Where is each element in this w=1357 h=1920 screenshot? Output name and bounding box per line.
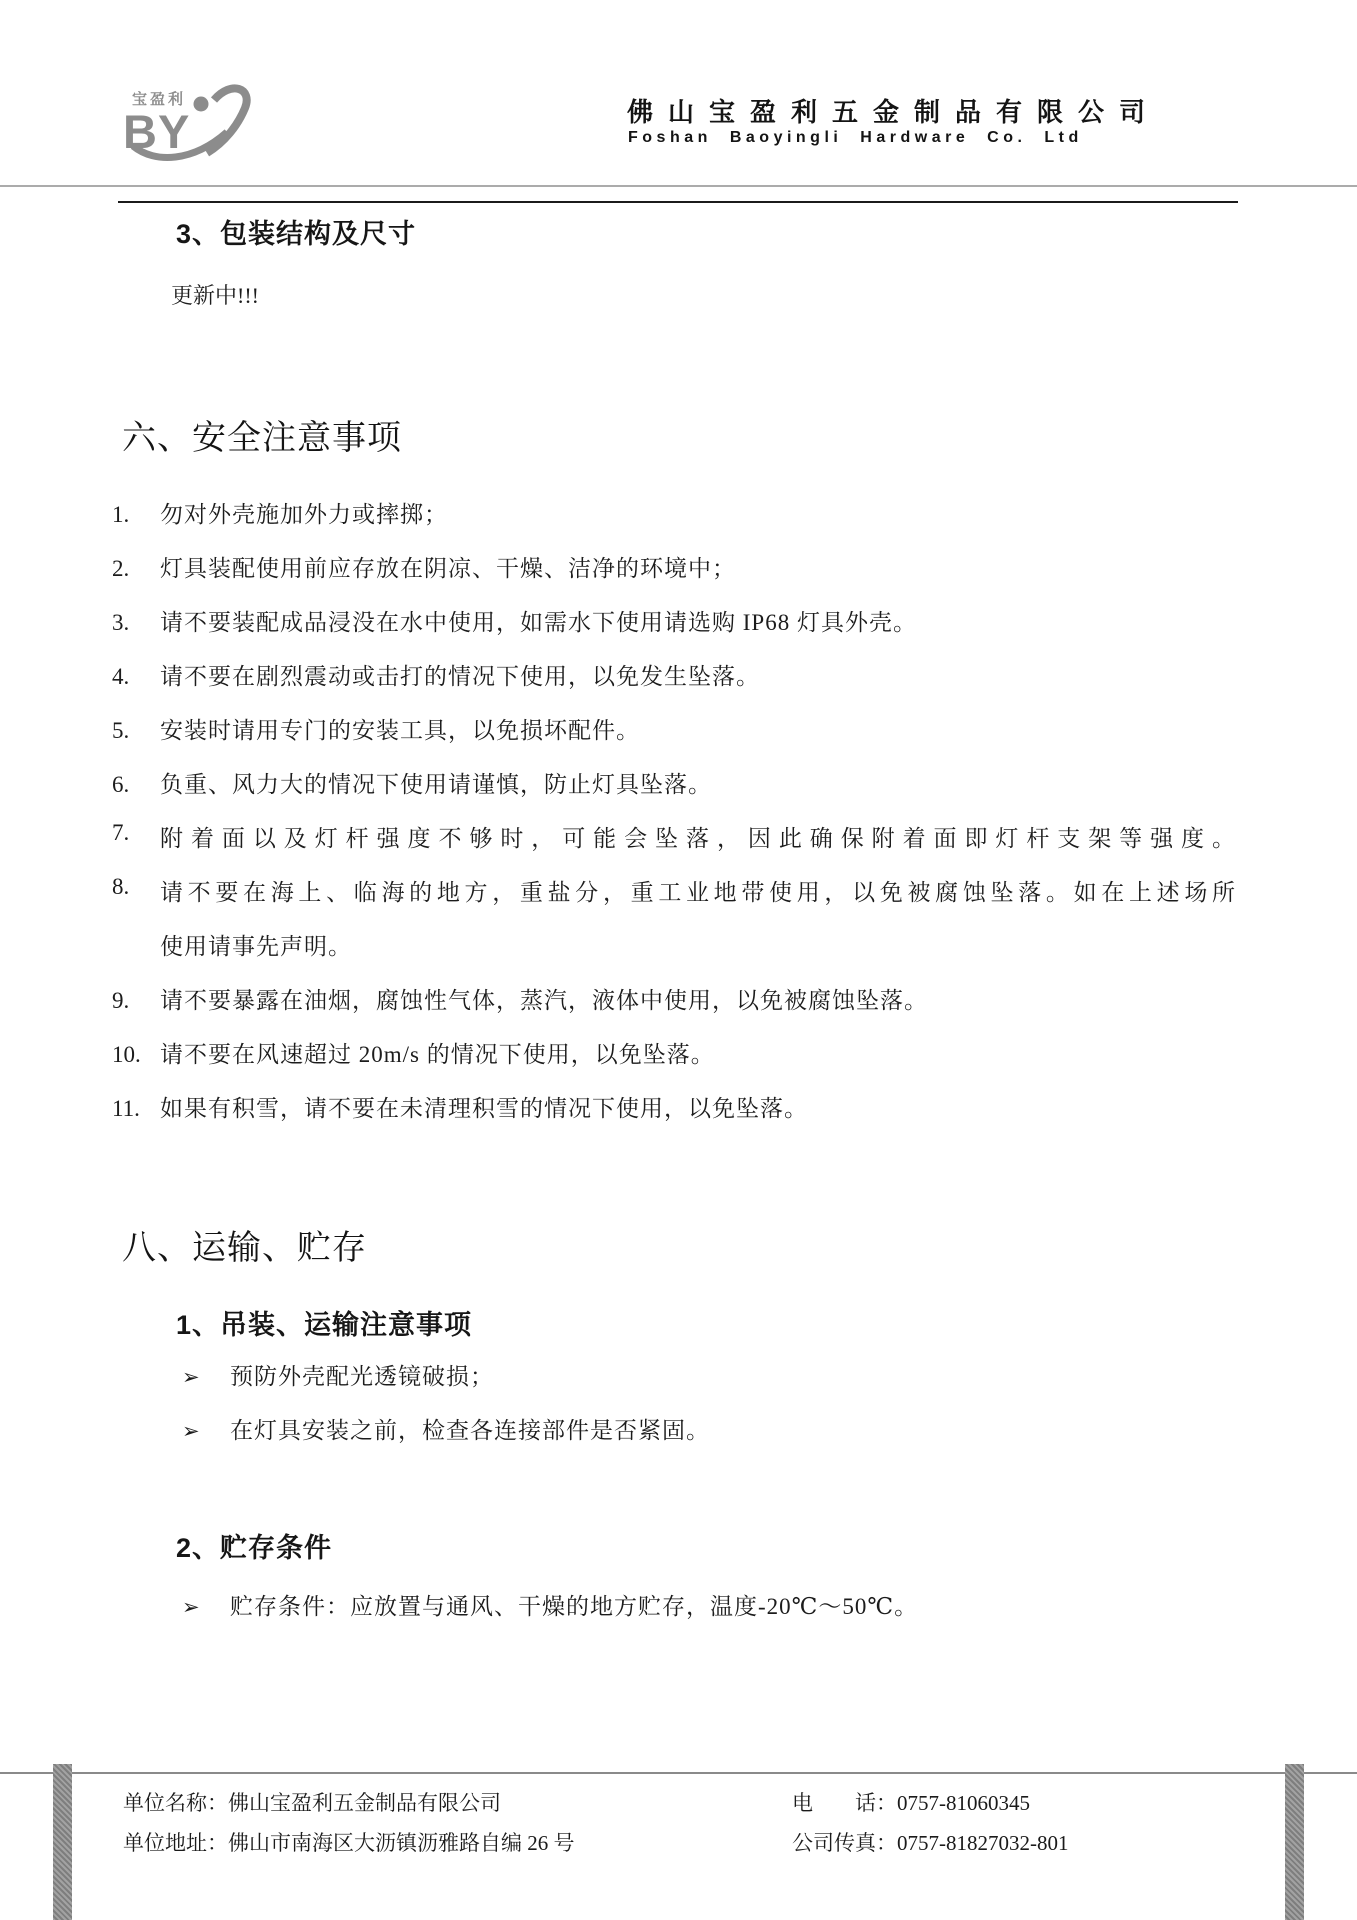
list-item: 4.请不要在剧烈震动或击打的情况下使用，以免发生坠落。	[112, 658, 1238, 691]
list-item-text: 负重、风力大的情况下使用请谨慎，防止灯具坠落。	[160, 772, 712, 797]
list-item-number: 2.	[112, 556, 160, 582]
bullet-item: ➢在灯具安装之前，检查各连接部件是否紧固。	[182, 1412, 1238, 1445]
list-item-number: 11.	[112, 1096, 160, 1122]
footer-name-label: 单位名称：	[123, 1791, 228, 1815]
list-item-number: 3.	[112, 610, 160, 636]
list-item-text: 请不要在剧烈震动或击打的情况下使用，以免发生坠落。	[160, 664, 760, 689]
list-item: 11.如果有积雪，请不要在未清理积雪的情况下使用，以免坠落。	[112, 1090, 1238, 1123]
footer-address: 单位地址：佛山市南海区大沥镇沥雅路自编 26 号	[123, 1827, 575, 1857]
list-item-number: 10.	[112, 1042, 160, 1068]
list-item-number: 9.	[112, 988, 160, 1014]
list-item-text: 灯具装配使用前应存放在阴凉、干燥、洁净的环境中；	[160, 556, 736, 581]
arrow-bullet-icon: ➢	[182, 1419, 230, 1444]
safety-heading: 六、安全注意事项	[122, 410, 402, 459]
footer-fax: 公司传真：0757-81827032-801	[792, 1827, 1069, 1857]
list-item-number: 5.	[112, 718, 160, 744]
packaging-heading: 3、包装结构及尺寸	[176, 212, 416, 251]
company-name-cn: 佛山宝盈利五金制品有限公司	[627, 92, 1160, 129]
footer-fax-label: 公司传真：	[792, 1831, 897, 1855]
list-item: 10.请不要在风速超过 20m/s 的情况下使用，以免坠落。	[112, 1036, 1238, 1069]
lifting-subheading: 1、吊装、运输注意事项	[176, 1303, 472, 1342]
arrow-bullet-icon: ➢	[182, 1365, 230, 1390]
list-item-number: 8.	[112, 874, 160, 900]
list-item-text: 请不要在风速超过 20m/s 的情况下使用，以免坠落。	[160, 1042, 715, 1067]
footer-phone-value: 0757-81060345	[897, 1791, 1030, 1815]
list-item-continuation: 使用请事先声明。	[112, 928, 1238, 961]
footer-address-value: 佛山市南海区大沥镇沥雅路自编 26 号	[228, 1831, 575, 1855]
footer-address-label: 单位地址：	[123, 1831, 228, 1855]
list-item-text: 如果有积雪，请不要在未清理积雪的情况下使用，以免坠落。	[160, 1096, 808, 1121]
list-item-text: 附着面以及灯杆强度不够时，可能会坠落，因此确保附着面即灯杆支架等强度。	[160, 820, 1236, 853]
footer-name-value: 佛山宝盈利五金制品有限公司	[228, 1791, 501, 1815]
header-rule-light	[0, 185, 1357, 187]
header-rule-dark	[118, 201, 1238, 203]
bullet-item: ➢预防外壳配光透镜破损；	[182, 1358, 1238, 1391]
bullet-text: 在灯具安装之前，检查各连接部件是否紧固。	[230, 1418, 710, 1443]
footer-edge-bar-left	[53, 1764, 72, 1920]
logo-swoosh-icon	[95, 58, 265, 163]
footer-company-name: 单位名称：佛山宝盈利五金制品有限公司	[123, 1787, 501, 1817]
updating-note: 更新中!!!	[171, 279, 259, 310]
list-item: 7.附着面以及灯杆强度不够时，可能会坠落，因此确保附着面即灯杆支架等强度。	[112, 820, 1238, 853]
list-item-text: 安装时请用专门的安装工具，以免损坏配件。	[160, 718, 640, 743]
footer-fax-value: 0757-81827032-801	[897, 1831, 1069, 1855]
footer-edge-bar-right	[1285, 1764, 1304, 1920]
list-item-number: 7.	[112, 820, 160, 846]
storage-subheading: 2、贮存条件	[176, 1526, 332, 1565]
list-item: 6.负重、风力大的情况下使用请谨慎，防止灯具坠落。	[112, 766, 1238, 799]
list-item-text: 使用请事先声明。	[160, 934, 352, 959]
list-item-text: 勿对外壳施加外力或摔掷；	[160, 502, 448, 527]
bullet-item: ➢贮存条件：应放置与通风、干燥的地方贮存，温度-20℃～50℃。	[182, 1588, 1238, 1621]
list-item-number: 6.	[112, 772, 160, 798]
document-page: 宝盈利 BY 佛山宝盈利五金制品有限公司 Foshan Baoyingli Ha…	[0, 0, 1357, 1920]
list-item-number: 1.	[112, 502, 160, 528]
footer-phone: 电 话：0757-81060345	[792, 1787, 1030, 1817]
company-name-en: Foshan Baoyingli Hardware Co. Ltd	[628, 129, 1083, 147]
list-item-text: 请不要装配成品浸没在水中使用，如需水下使用请选购 IP68 灯具外壳。	[160, 610, 917, 635]
list-item-number: 4.	[112, 664, 160, 690]
list-item: 1.勿对外壳施加外力或摔掷；	[112, 496, 1238, 529]
arrow-bullet-icon: ➢	[182, 1595, 230, 1620]
bullet-text: 预防外壳配光透镜破损；	[230, 1364, 494, 1389]
list-item: 5.安装时请用专门的安装工具，以免损坏配件。	[112, 712, 1238, 745]
transport-heading: 八、运输、贮存	[122, 1220, 367, 1269]
list-item-text: 请不要在海上、临海的地方，重盐分，重工业地带使用，以免被腐蚀坠落。如在上述场所	[160, 874, 1236, 907]
list-item: 3.请不要装配成品浸没在水中使用，如需水下使用请选购 IP68 灯具外壳。	[112, 604, 1238, 637]
bullet-text: 贮存条件：应放置与通风、干燥的地方贮存，温度-20℃～50℃。	[230, 1594, 918, 1619]
list-item: 8.请不要在海上、临海的地方，重盐分，重工业地带使用，以免被腐蚀坠落。如在上述场…	[112, 874, 1238, 907]
list-item: 2.灯具装配使用前应存放在阴凉、干燥、洁净的环境中；	[112, 550, 1238, 583]
list-item: 9.请不要暴露在油烟，腐蚀性气体，蒸汽，液体中使用，以免被腐蚀坠落。	[112, 982, 1238, 1015]
list-item-text: 请不要暴露在油烟，腐蚀性气体，蒸汽，液体中使用，以免被腐蚀坠落。	[160, 988, 928, 1013]
company-logo: 宝盈利 BY	[95, 58, 265, 163]
footer-divider	[0, 1772, 1357, 1774]
footer-phone-label: 电 话：	[792, 1791, 897, 1815]
